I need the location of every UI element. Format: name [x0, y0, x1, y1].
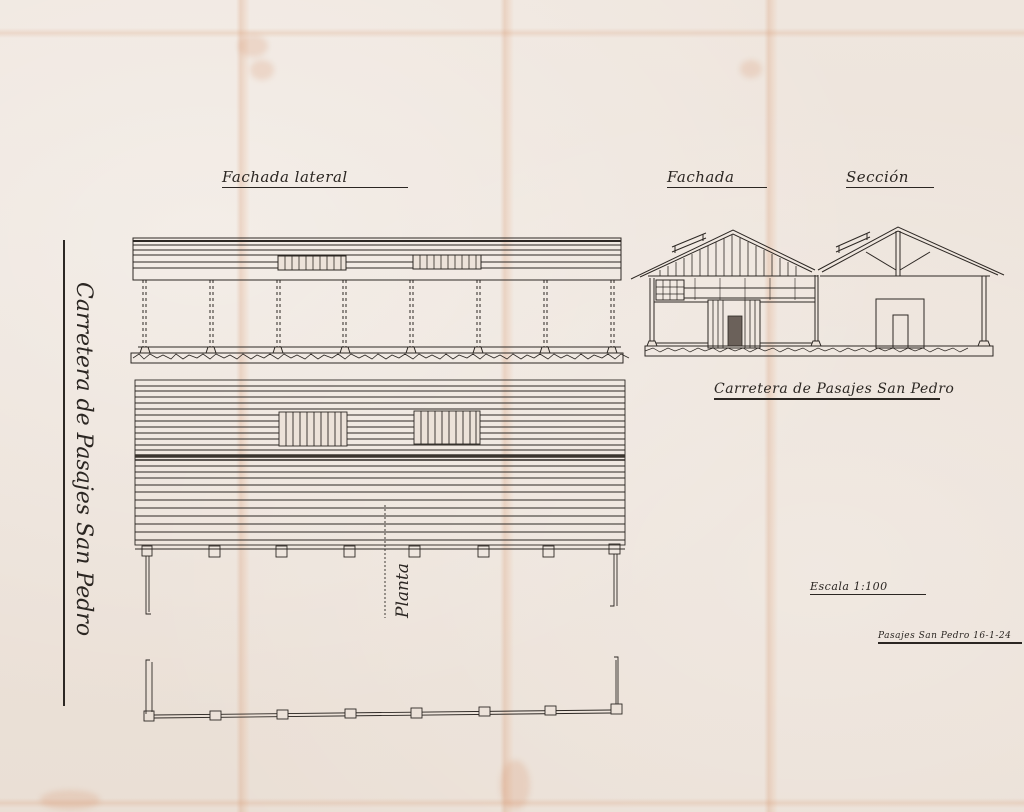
front-section-drawing [0, 0, 1024, 812]
